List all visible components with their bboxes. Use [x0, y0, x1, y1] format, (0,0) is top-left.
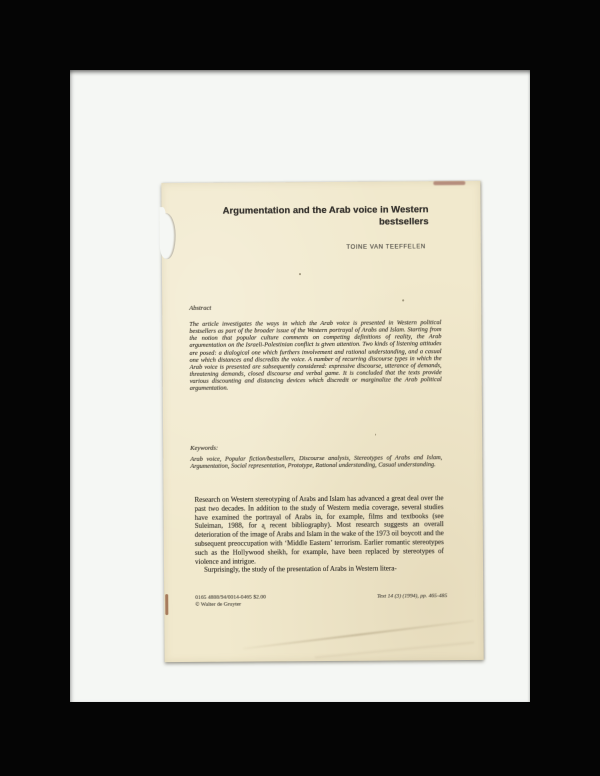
body-paragraph-2: Surprisingly, the study of the presentat…	[195, 565, 444, 576]
keywords-text: Arab voice, Popular fiction/bestsellers,…	[190, 454, 442, 470]
footer-copyright-block: 0165 4888/94/0014-0465 $2.00 © Walter de…	[195, 594, 266, 608]
body-paragraph-1: Research on Western stereotyping of Arab…	[195, 494, 444, 566]
author-name: TOINE VAN TEEFFELEN	[346, 244, 425, 251]
page-content: Argumentation and the Arab voice in West…	[161, 181, 483, 662]
article-title-line2: bestsellers	[202, 216, 429, 229]
journal-article-page: Argumentation and the Arab voice in West…	[161, 181, 483, 662]
paper-speck	[264, 527, 266, 529]
abstract-heading: Abstract	[189, 305, 211, 312]
photocopy-background: Argumentation and the Arab voice in West…	[70, 70, 530, 702]
body-text: Research on Western stereotyping of Arab…	[195, 494, 445, 575]
torn-paper-notch-small	[159, 207, 165, 221]
footer-publisher-line: © Walter de Gruyter	[195, 601, 266, 608]
footer-citation: Text 14 (3) (1994), pp. 465-485	[377, 593, 447, 600]
paper-speck	[375, 434, 376, 436]
article-title: Argumentation and the Arab voice in West…	[201, 204, 428, 229]
fiber-streak-mark	[165, 594, 168, 615]
footer-issn-line: 0165 4888/94/0014-0465 $2.00	[195, 594, 266, 601]
article-title-line1: Argumentation and the Arab voice in West…	[201, 204, 428, 217]
paper-speck	[402, 299, 404, 301]
red-smudge-mark	[433, 181, 465, 185]
journal-footer: 0165 4888/94/0014-0465 $2.00 © Walter de…	[195, 593, 447, 608]
scanned-image-canvas: Argumentation and the Arab voice in West…	[0, 0, 600, 776]
keywords-heading: Keywords:	[190, 445, 218, 452]
abstract-text: The article investigates the ways in whi…	[189, 319, 441, 392]
paper-speck	[299, 273, 301, 275]
